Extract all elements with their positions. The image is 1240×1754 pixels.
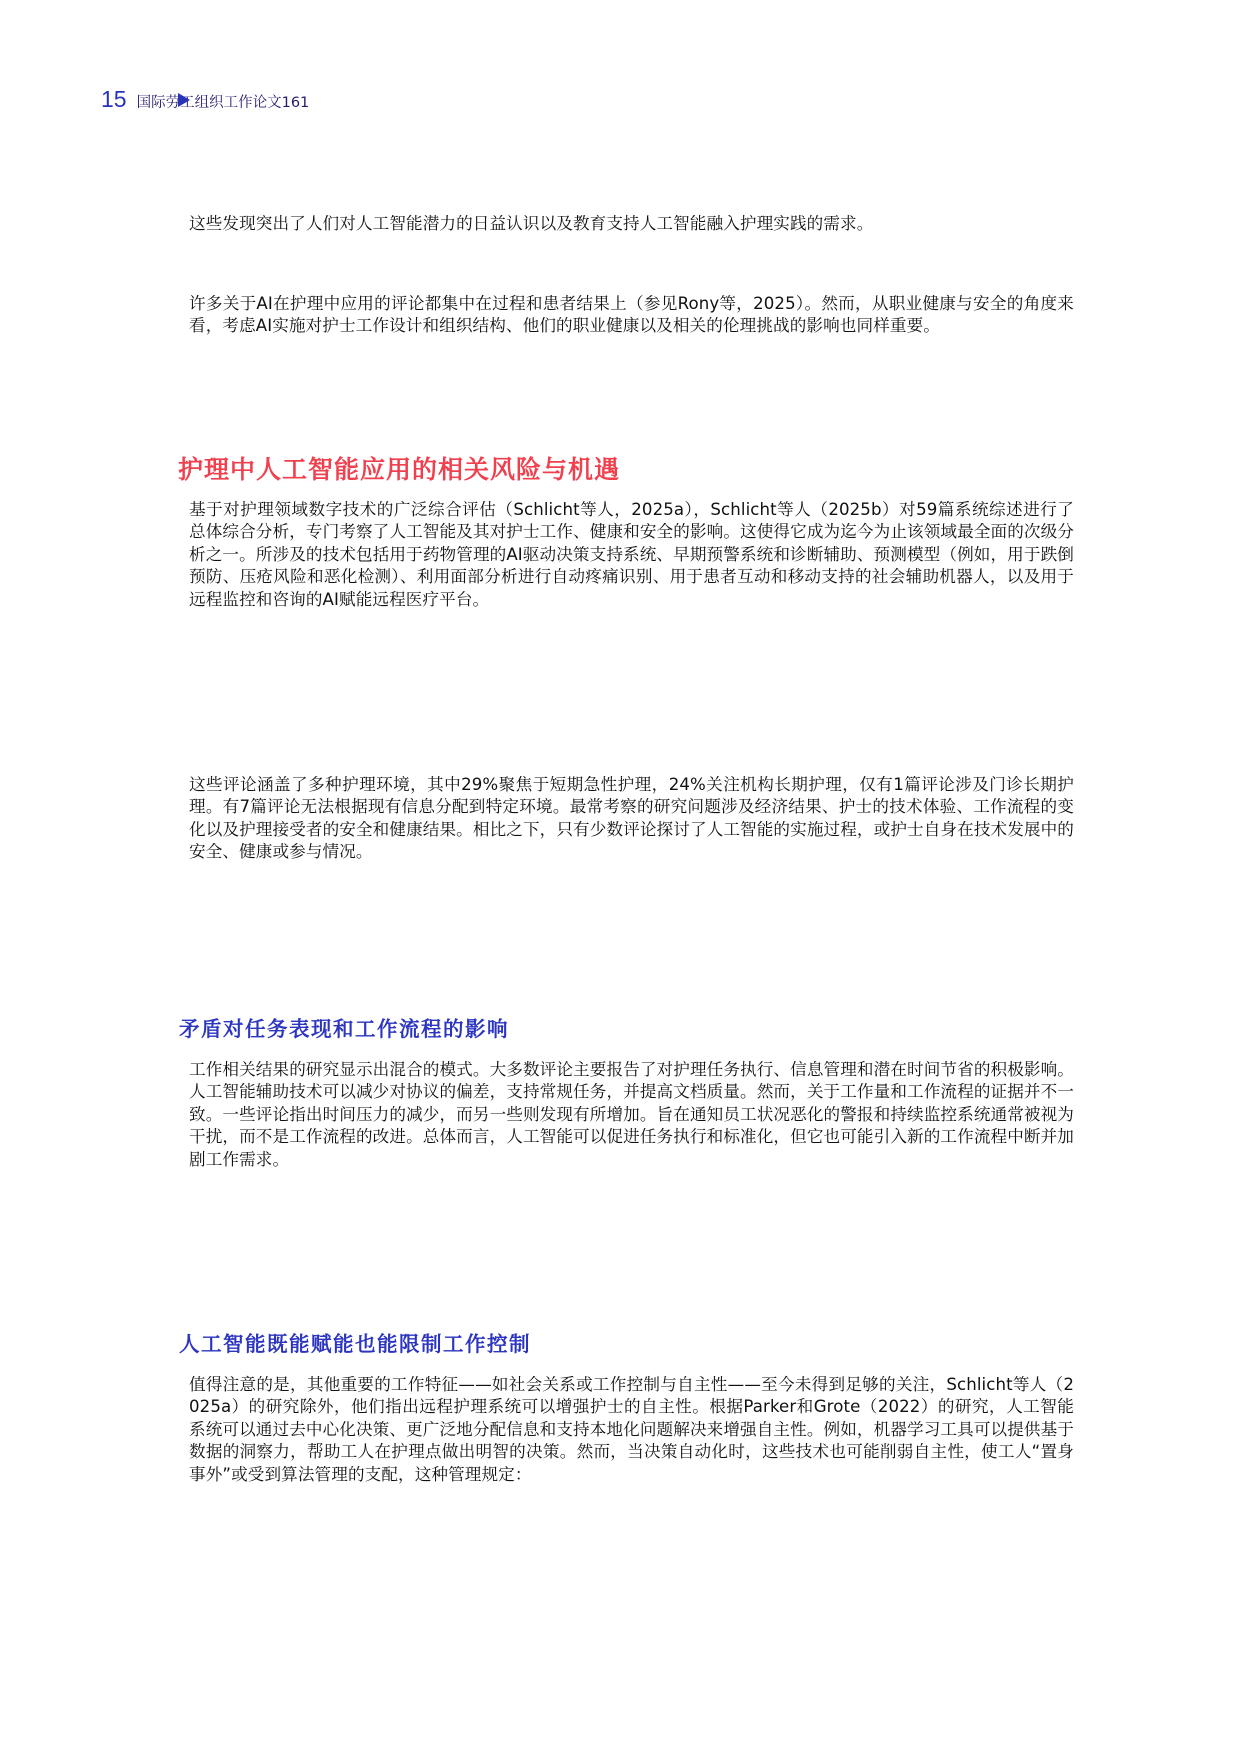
section-heading-risks-opportunities: 护理中人工智能应用的相关风险与机遇: [178, 450, 620, 486]
paragraph-intro-1: 这些发现突出了人们对人工智能潜力的日益认识以及教育支持人工智能融入护理实践的需求…: [189, 213, 1074, 235]
section-heading-work-control: 人工智能既能赋能也能限制工作控制: [179, 1327, 531, 1357]
running-title-text: 国际劳工组织工作论文161: [137, 95, 310, 111]
triangle-right-icon: [178, 93, 190, 107]
running-title: 国际劳工组织工作论文161: [137, 91, 310, 112]
page-header: 15 国际劳工组织工作论文161: [101, 86, 309, 114]
section-heading-task-performance: 矛盾对任务表现和工作流程的影响: [179, 1012, 509, 1042]
paragraph-risks-2: 这些评论涵盖了多种护理环境，其中29%聚焦于短期急性护理，24%关注机构长期护理…: [189, 774, 1074, 864]
paragraph-work-control: 值得注意的是，其他重要的工作特征——如社会关系或工作控制与自主性——至今未得到足…: [189, 1374, 1074, 1486]
page-number: 15: [101, 86, 127, 113]
paragraph-intro-2: 许多关于AI在护理中应用的评论都集中在过程和患者结果上（参见Rony等，2025…: [189, 293, 1074, 338]
paragraph-task-performance: 工作相关结果的研究显示出混合的模式。大多数评论主要报告了对护理任务执行、信息管理…: [189, 1059, 1074, 1171]
paragraph-risks-1: 基于对护理领域数字技术的广泛综合评估（Schlicht等人，2025a），Sch…: [189, 499, 1074, 611]
